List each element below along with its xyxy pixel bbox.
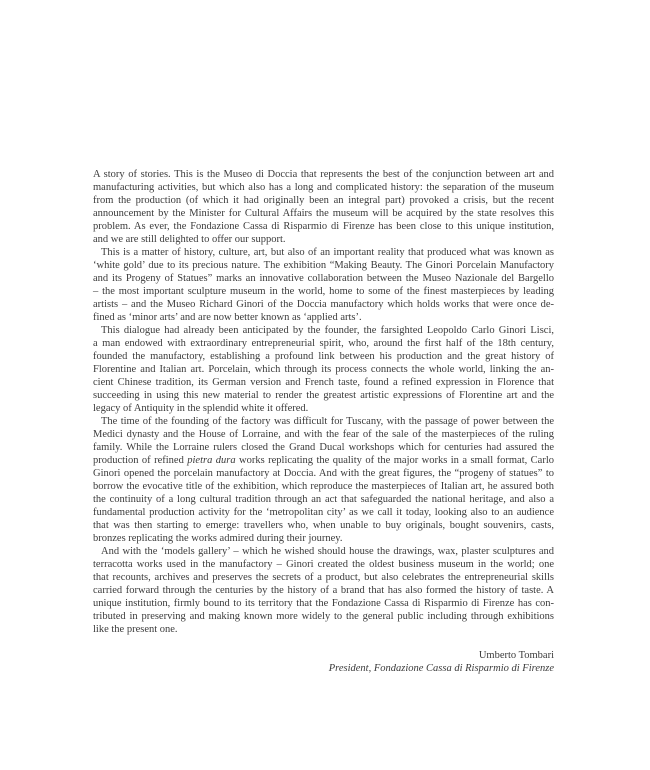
- paragraph-3-line-3: founded the manufactory, establishing a …: [93, 350, 554, 363]
- paragraph-3-line-5: cient Chinese tradition, its German vers…: [93, 376, 554, 389]
- paragraph-3-line-7: legacy of Antiquity in the splendid whit…: [93, 402, 554, 415]
- paragraph-5-line-3: that recounts, archives and preserves th…: [93, 571, 554, 584]
- book-page: A story of stories. This is the Museo di…: [0, 0, 650, 770]
- paragraph-1-line-2: manufacturing activities, but which also…: [93, 181, 554, 194]
- paragraph-4-line-10: bronzes replicating the works admired du…: [93, 532, 554, 545]
- paragraph-3-line-2: a man endowed with extraordinary entrepr…: [93, 337, 554, 350]
- signature-name: Umberto Tombari: [93, 649, 554, 662]
- paragraph-5-line-5: unique institution, firmly bound to its …: [93, 597, 554, 610]
- paragraph-3-line-4: Florentine and Italian art. Porcelain, w…: [93, 363, 554, 376]
- paragraph-4-line-7: the continuity of a long cultural tradit…: [93, 493, 554, 506]
- paragraph-4-line-1: The time of the founding of the factory …: [93, 415, 554, 428]
- paragraph-1-line-6: and we are still delighted to offer our …: [93, 233, 554, 246]
- paragraph-2-line-5: artists – and the Museo Richard Ginori o…: [93, 298, 554, 311]
- paragraph-5-line-2: terracotta works used in the manufactory…: [93, 558, 554, 571]
- paragraph-2-line-4: – the most important sculpture museum in…: [93, 285, 554, 298]
- signature-block: Umberto Tombari President, Fondazione Ca…: [93, 649, 554, 675]
- paragraph-5-line-7: like the present one.: [93, 623, 554, 636]
- paragraph-4-line-3: family. While the Lorraine rulers closed…: [93, 441, 554, 454]
- paragraph-3-line-6: succeeding in using this new material to…: [93, 389, 554, 402]
- paragraph-4-line-8: fundamental production activity for the …: [93, 506, 554, 519]
- paragraph-2-line-2: ‘white gold’ due to its precious nature.…: [93, 259, 554, 272]
- paragraph-2-line-3: and its Progeny of Statues” marks an inn…: [93, 272, 554, 285]
- paragraph-1-line-1: A story of stories. This is the Museo di…: [93, 168, 554, 181]
- foreword-text: A story of stories. This is the Museo di…: [93, 168, 554, 636]
- paragraph-5-line-4: carried forward through the centuries by…: [93, 584, 554, 597]
- paragraph-5-line-6: tributed in preserving and making known …: [93, 610, 554, 623]
- paragraph-4-line-9: that was then starting to emerge: travel…: [93, 519, 554, 532]
- paragraph-4-line-5: Ginori opened the porcelain manufactory …: [93, 467, 554, 480]
- paragraph-1-line-4: announcement by the Minister for Cultura…: [93, 207, 554, 220]
- paragraph-4-line-4: production of refined pietra dura works …: [93, 454, 554, 467]
- paragraph-4-line-2: Medici dynasty and the House of Lorraine…: [93, 428, 554, 441]
- paragraph-1-line-5: problem. As ever, the Fondazione Cassa d…: [93, 220, 554, 233]
- paragraph-1-line-3: from the production (of which it had ori…: [93, 194, 554, 207]
- signature-title: President, Fondazione Cassa di Risparmio…: [93, 662, 554, 675]
- paragraph-3-line-1: This dialogue had already been anticipat…: [93, 324, 554, 337]
- paragraph-2-line-1: This is a matter of history, culture, ar…: [93, 246, 554, 259]
- paragraph-2-line-6: fined as ‘minor arts’ and are now better…: [93, 311, 554, 324]
- paragraph-5-line-1: And with the ‘models gallery’ – which he…: [93, 545, 554, 558]
- paragraph-4-line-6: borrow the evocative title of the exhibi…: [93, 480, 554, 493]
